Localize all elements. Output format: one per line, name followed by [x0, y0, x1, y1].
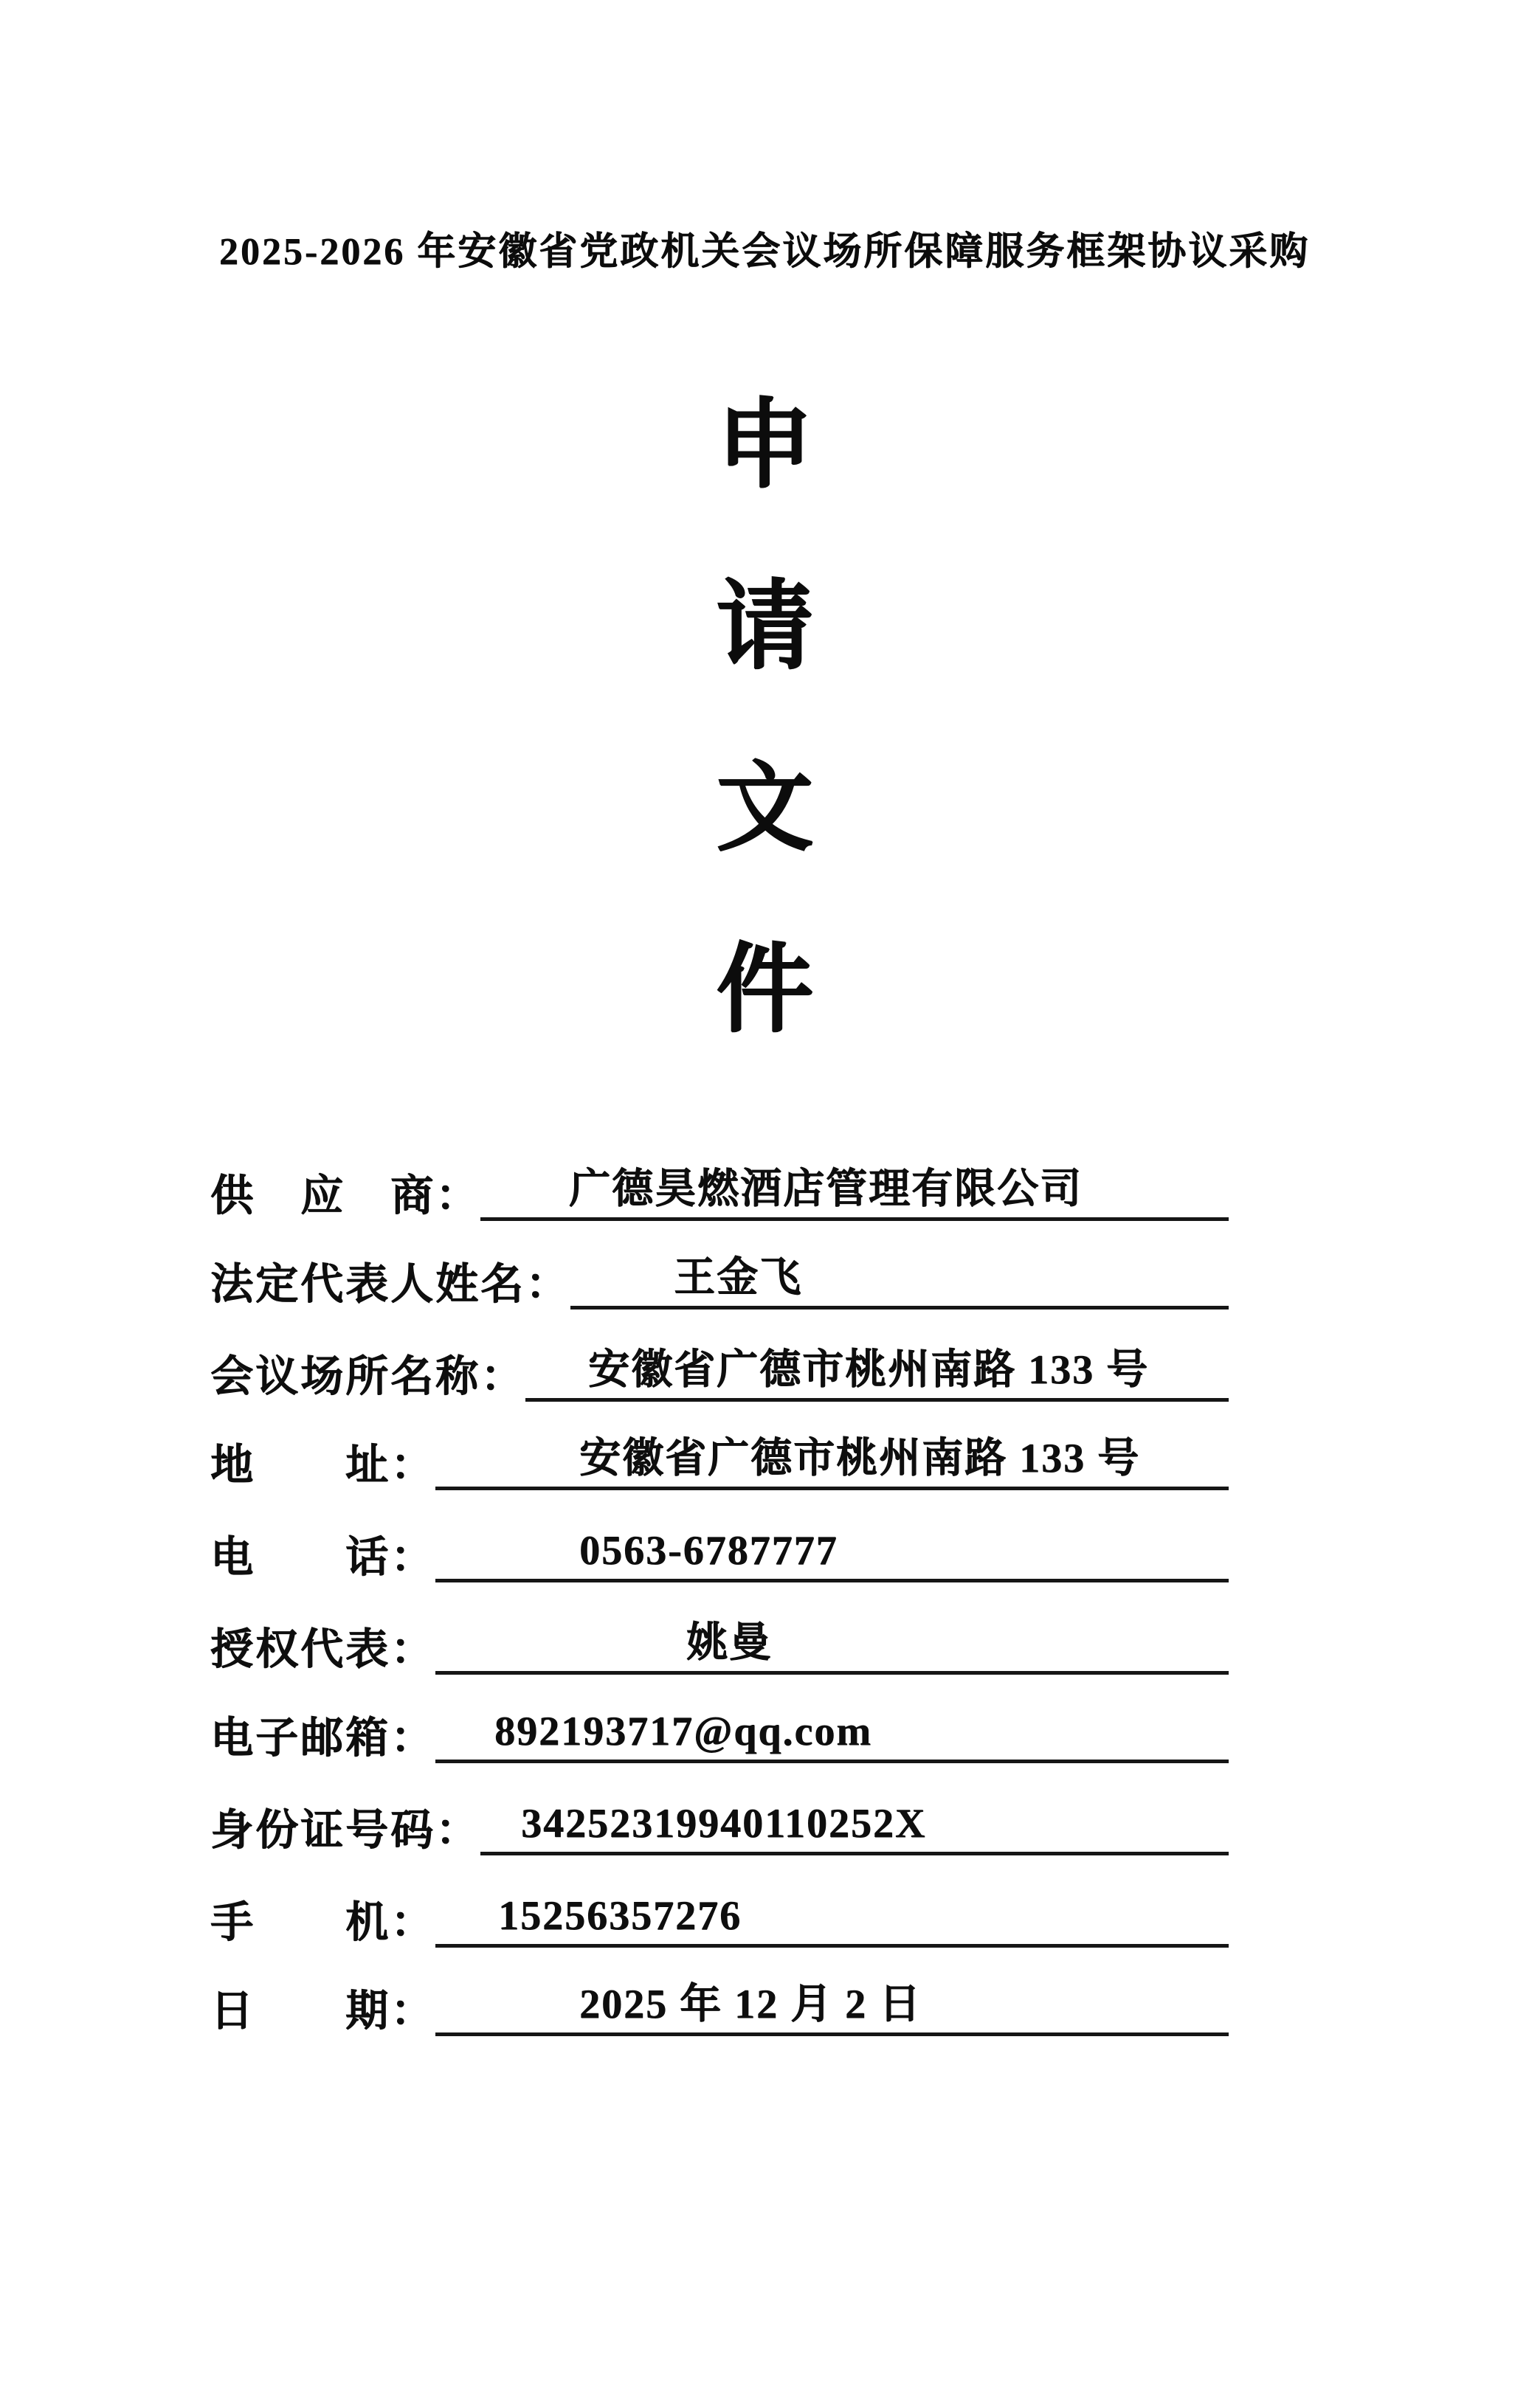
field-value-email: 892193717@qq.com — [494, 1709, 872, 1760]
field-row-mobile: 手 机： 15256357276 — [210, 1866, 1229, 1948]
field-value-supplier: 广德昊燃酒店管理有限公司 — [569, 1167, 1083, 1217]
field-value-address: 安徽省广德市桃州南路 133 号 — [579, 1436, 1140, 1487]
field-row-supplier: 供 应 商： 广德昊燃酒店管理有限公司 — [210, 1140, 1229, 1221]
field-underline-date: 2025 年 12 月 2 日 — [435, 1982, 1229, 2036]
field-underline-supplier: 广德昊燃酒店管理有限公司 — [480, 1167, 1229, 1221]
field-label-mobile: 手 机： — [210, 1899, 435, 1948]
field-underline-venue-name: 安徽省广德市桃州南路 133 号 — [525, 1348, 1229, 1402]
field-underline-mobile: 15256357276 — [435, 1894, 1229, 1948]
field-label-telephone: 电 话： — [210, 1534, 435, 1582]
field-row-id-number: 身份证号码： 34252319940110252X — [210, 1774, 1229, 1855]
field-value-venue-name: 安徽省广德市桃州南路 133 号 — [588, 1348, 1149, 1398]
field-label-address: 地 址： — [210, 1442, 435, 1490]
field-value-id-number: 34252319940110252X — [521, 1802, 926, 1852]
field-label-id-number: 身份证号码： — [210, 1807, 480, 1855]
field-underline-email: 892193717@qq.com — [435, 1709, 1229, 1763]
field-row-date: 日 期： 2025 年 12 月 2 日 — [210, 1955, 1229, 2036]
field-value-telephone: 0563-6787777 — [579, 1529, 838, 1579]
field-row-address: 地 址： 安徽省广德市桃州南路 133 号 — [210, 1409, 1229, 1490]
field-row-email: 电子邮箱： 892193717@qq.com — [210, 1682, 1229, 1763]
scanned-application-page: 2025-2026 年安徽省党政机关会议场所保障服务框架协议采购 申 请 文 件… — [0, 0, 1529, 2408]
application-form: 供 应 商： 广德昊燃酒店管理有限公司 法定代表人姓名： 王金飞 会议场所名称：… — [0, 0, 1529, 2408]
field-label-date: 日 期： — [210, 1987, 435, 2036]
field-label-legal-representative: 法定代表人姓名： — [210, 1261, 570, 1309]
field-label-venue-name: 会议场所名称： — [210, 1353, 525, 1402]
field-label-supplier: 供 应 商： — [210, 1172, 480, 1221]
field-label-email: 电子邮箱： — [210, 1715, 435, 1763]
field-value-date: 2025 年 12 月 2 日 — [579, 1982, 922, 2032]
field-row-legal-representative: 法定代表人姓名： 王金飞 — [210, 1228, 1229, 1309]
field-underline-telephone: 0563-6787777 — [435, 1529, 1229, 1582]
field-value-authorized-rep: 姚曼 — [686, 1621, 772, 1671]
field-underline-legal-representative: 王金飞 — [570, 1256, 1229, 1309]
field-label-authorized-rep: 授权代表： — [210, 1626, 435, 1675]
field-value-legal-representative: 王金飞 — [674, 1256, 802, 1306]
field-underline-address: 安徽省广德市桃州南路 133 号 — [435, 1436, 1229, 1490]
field-value-mobile: 15256357276 — [498, 1894, 742, 1944]
field-underline-authorized-rep: 姚曼 — [435, 1621, 1229, 1675]
field-underline-id-number: 34252319940110252X — [480, 1802, 1229, 1855]
field-row-telephone: 电 话： 0563-6787777 — [210, 1501, 1229, 1582]
field-row-authorized-rep: 授权代表： 姚曼 — [210, 1594, 1229, 1675]
field-row-venue-name: 会议场所名称： 安徽省广德市桃州南路 133 号 — [210, 1321, 1229, 1402]
